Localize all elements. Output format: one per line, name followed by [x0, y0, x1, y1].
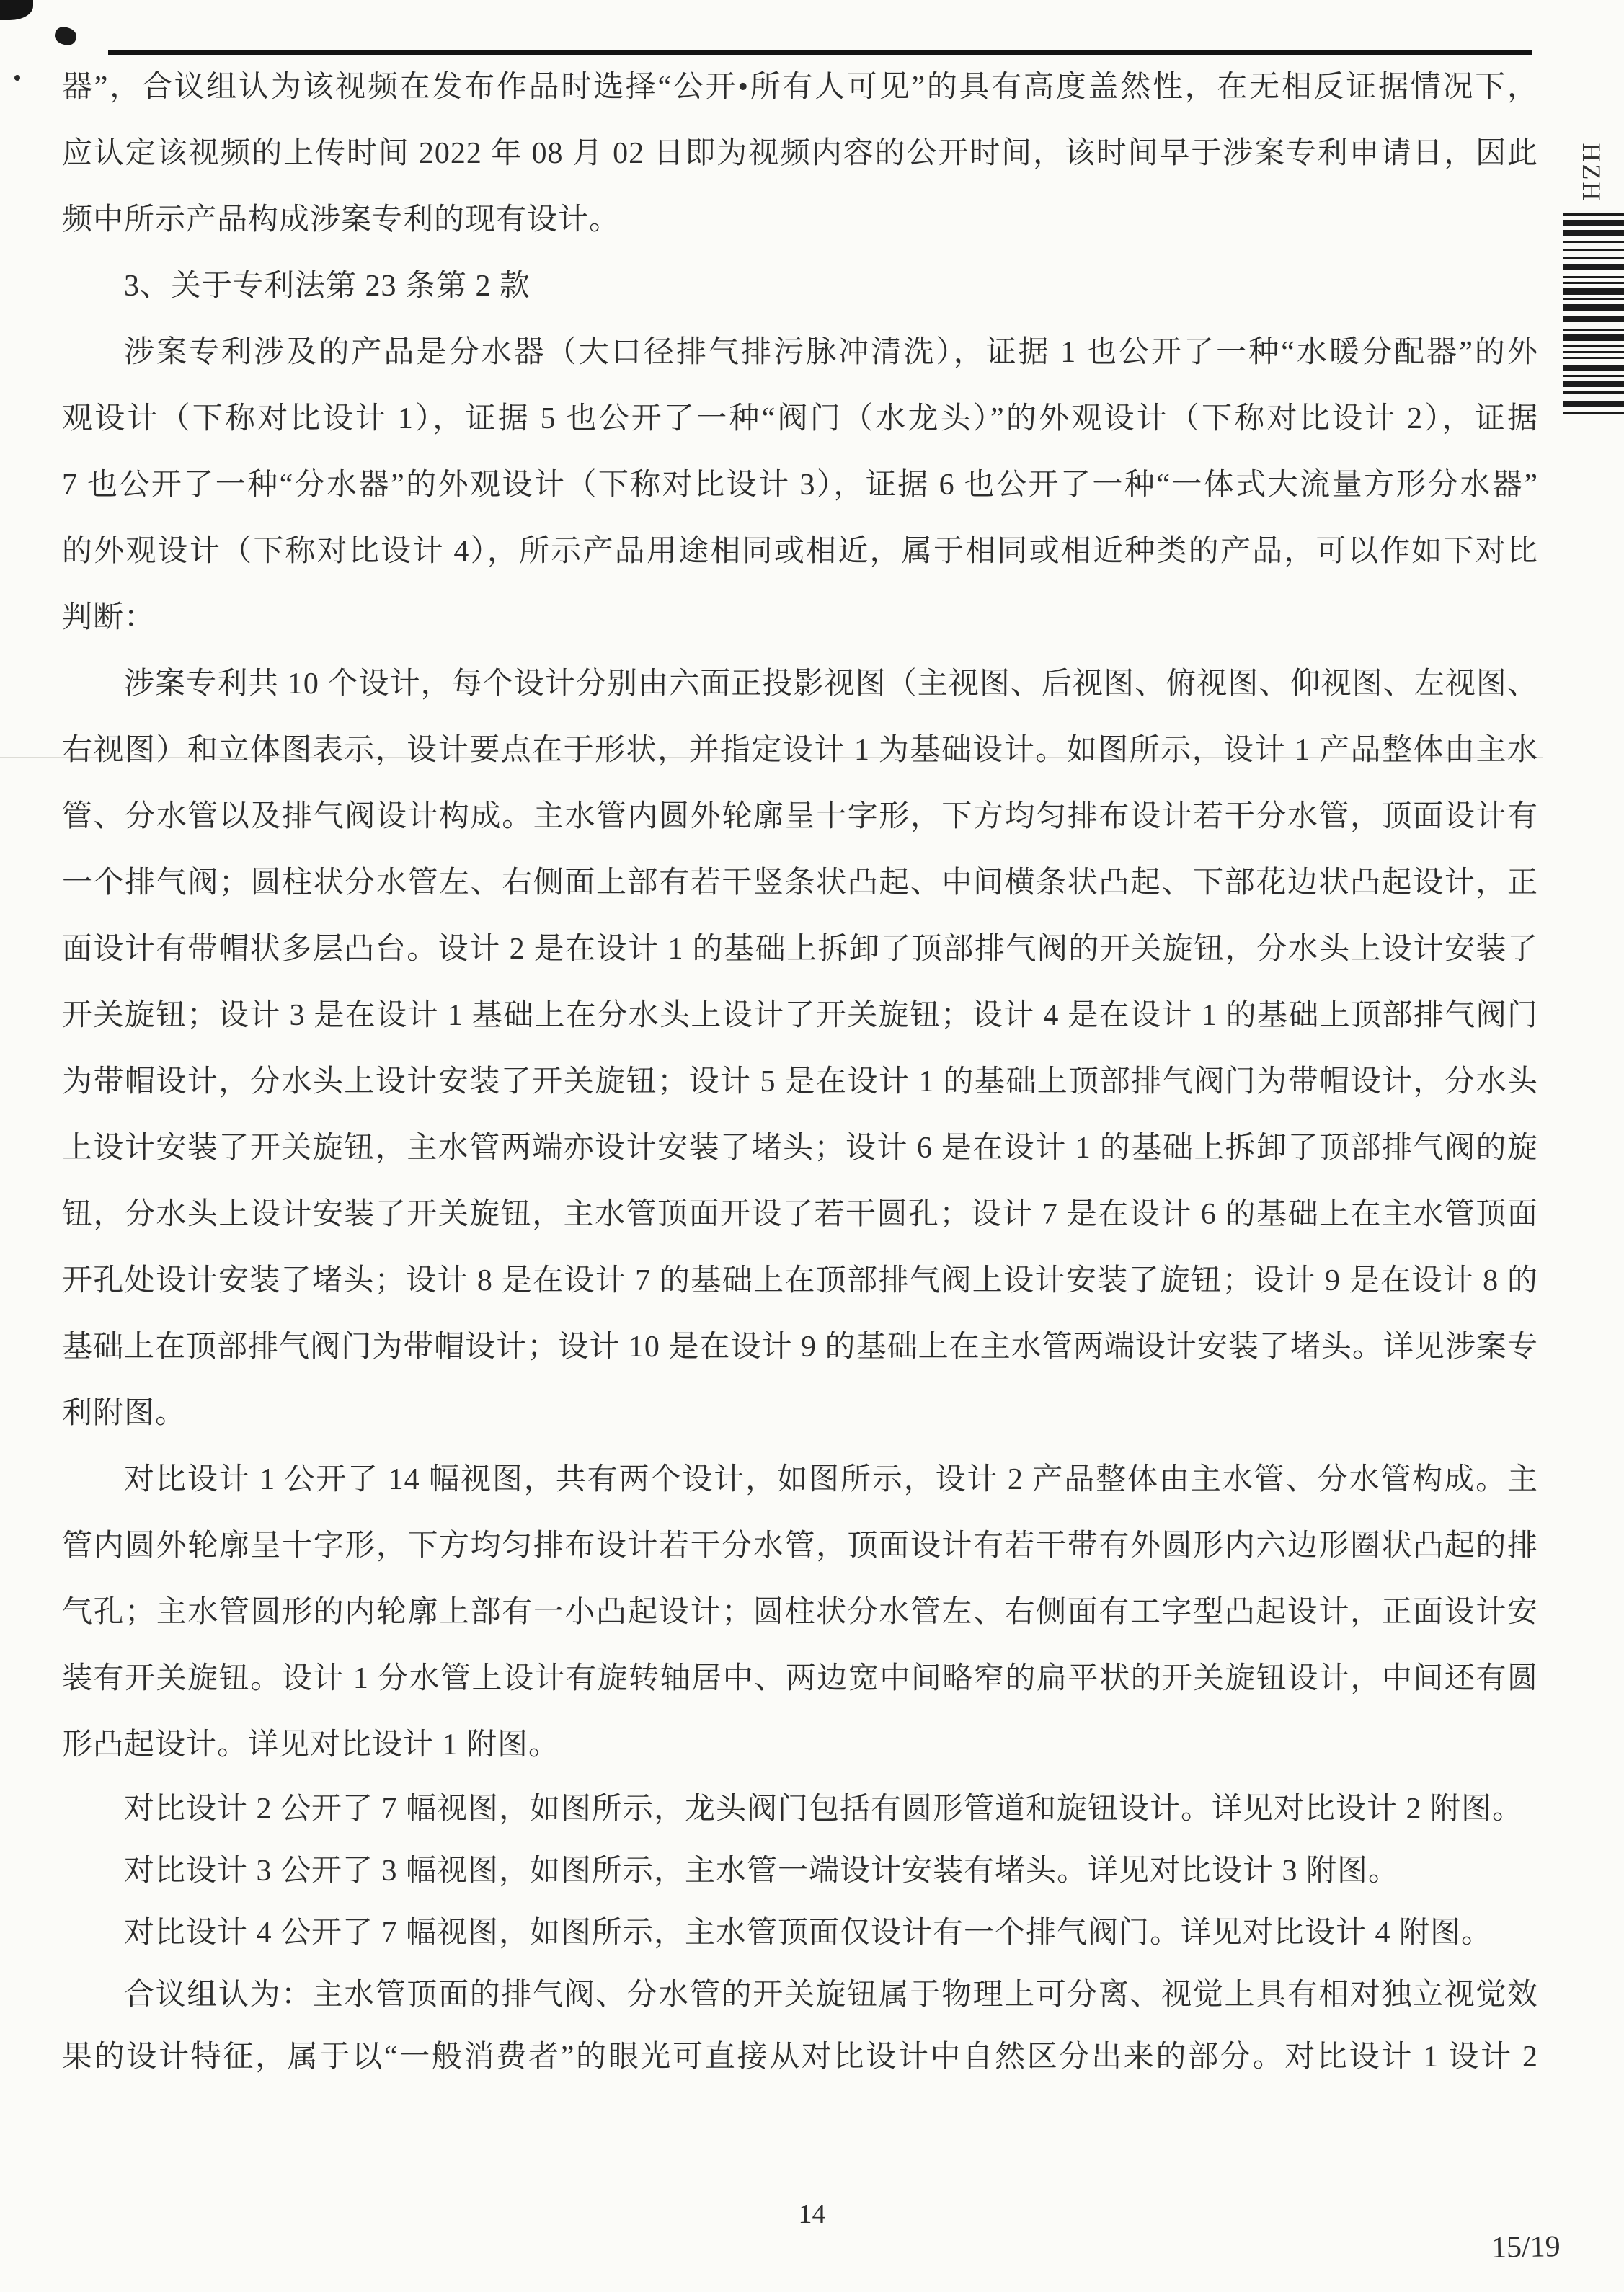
barcode-bar: [1563, 334, 1624, 341]
barcode-bar: [1563, 304, 1624, 311]
margin-label: HZH: [1579, 143, 1605, 203]
barcode-bar: [1563, 351, 1624, 353]
text-line: 形凸起设计。详见对比设计 1 附图。: [62, 1712, 1538, 1778]
text-line: 对比设计 1 公开了 14 幅视图，共有两个设计，如图所示，设计 2 产品整体由…: [62, 1447, 1538, 1513]
text-line: 应认定该视频的上传时间 2022 年 08 月 02 日即为视频内容的公开时间，…: [62, 120, 1538, 187]
text-line: 合议组认为：主水管顶面的排气阀、分水管的开关旋钮属于物理上可分离、视觉上具有相对…: [62, 1964, 1538, 2026]
text-line: 右视图）和立体图表示，设计要点在于形状，并指定设计 1 为基础设计。如图所示，设…: [62, 717, 1538, 783]
text-line: 装有开关旋钮。设计 1 分水管上设计有旋转轴居中、两边宽中间略窄的扁平状的开关旋…: [62, 1645, 1538, 1712]
barcode-bar: [1563, 241, 1624, 243]
text-line: 器”，合议组认为该视频在发布作品时选择“公开•所有人可见”的具有高度盖然性，在无…: [62, 54, 1538, 120]
barcode: [1563, 213, 1624, 414]
barcode-bar: [1563, 230, 1624, 236]
text-line: 面设计有带帽状多层凸台。设计 2 是在设计 1 的基础上拆卸了顶部排气阀的开关旋…: [62, 916, 1538, 982]
scan-dot-left-margin: [14, 75, 20, 81]
text-line: 的外观设计（下称对比设计 4），所示产品用途相同或相近，属于相同或相近种类的产品…: [62, 518, 1538, 585]
barcode-bar: [1563, 401, 1624, 407]
text-line: 观设计（下称对比设计 1），证据 5 也公开了一种“阀门（水龙头）”的外观设计（…: [62, 386, 1538, 452]
document-body: 器”，合议组认为该视频在发布作品时选择“公开•所有人可见”的具有高度盖然性，在无…: [62, 54, 1538, 2088]
text-line: 果的设计特征，属于以“一般消费者”的眼光可直接从对比设计中自然区分出来的部分。对…: [62, 2026, 1538, 2088]
text-line: 开关旋钮；设计 3 是在设计 1 基础上在分水头上设计了开关旋钮；设计 4 是在…: [62, 982, 1538, 1049]
barcode-bar: [1563, 357, 1624, 359]
barcode-bar: [1563, 391, 1624, 394]
barcode-bar: [1563, 412, 1624, 414]
text-line: 上设计安装了开关旋钮，主水管两端亦设计安装了堵头；设计 6 是在设计 1 的基础…: [62, 1115, 1538, 1181]
page-number: 14: [0, 2198, 1624, 2230]
section-heading: 3、关于专利法第 23 条第 2 款: [62, 253, 1538, 319]
scan-smudge-top-left-2: [53, 25, 79, 48]
barcode-bar: [1563, 329, 1624, 331]
text-line: 频中所示产品构成涉案专利的现有设计。: [62, 187, 1538, 253]
sheet-number: 15/19: [1491, 2229, 1561, 2265]
text-line: 一个排气阀；圆柱状分水管左、右侧面上部有若干竖条状凸起、中间横条状凸起、下部花边…: [62, 850, 1538, 916]
barcode-bar: [1563, 220, 1624, 226]
barcode-bar: [1563, 375, 1624, 377]
text-line: 开孔处设计安装了堵头；设计 8 是在设计 7 的基础上在顶部排气阀上设计安装了旋…: [62, 1248, 1538, 1314]
barcode-bar: [1563, 257, 1624, 259]
text-line: 基础上在顶部排气阀门为带帽设计；设计 10 是在设计 9 的基础上在主水管两端设…: [62, 1314, 1538, 1380]
barcode-bar: [1563, 316, 1624, 322]
text-line: 利附图。: [62, 1380, 1538, 1447]
barcode-bar: [1563, 345, 1624, 347]
text-line: 对比设计 4 公开了 7 幅视图，如图所示，主水管顶面仅设计有一个排气阀门。详见…: [62, 1902, 1538, 1964]
barcode-bar: [1563, 381, 1624, 387]
text-line: 7 也公开了一种“分水器”的外观设计（下称对比设计 3），证据 6 也公开了一种…: [62, 452, 1538, 518]
barcode-bar: [1563, 276, 1624, 278]
text-line: 管内圆外轮廓呈十字形，下方均匀排布设计若干分水管，顶面设计有若干带有外圆形内六边…: [62, 1513, 1538, 1579]
scan-smudge-top-left: [0, 0, 33, 20]
text-line: 涉案专利共 10 个设计，每个设计分别由六面正投影视图（主视图、后视图、俯视图、…: [62, 651, 1538, 717]
barcode-bar: [1563, 282, 1624, 284]
text-line: 钮，分水头上设计安装了开关旋钮，主水管顶面开设了若干圆孔；设计 7 是在设计 6…: [62, 1181, 1538, 1248]
text-line: 管、分水管以及排气阀设计构成。主水管内圆外轮廓呈十字形，下方均匀排布设计若干分水…: [62, 783, 1538, 850]
text-line: 对比设计 2 公开了 7 幅视图，如图所示，龙头阀门包括有圆形管道和旋钮设计。详…: [62, 1778, 1538, 1840]
text-line: 气孔；主水管圆形的内轮廓上部有一小凸起设计；圆柱状分水管左、右侧面有工字型凸起设…: [62, 1579, 1538, 1645]
text-line: 对比设计 3 公开了 3 幅视图，如图所示，主水管一端设计安装有堵头。详见对比设…: [62, 1840, 1538, 1902]
barcode-bar: [1563, 213, 1624, 216]
barcode-bar: [1563, 298, 1624, 300]
barcode-bar: [1563, 249, 1624, 251]
barcode-bar: [1563, 288, 1624, 295]
barcode-bar: [1563, 365, 1624, 371]
text-line: 涉案专利涉及的产品是分水器（大口径排气排污脉冲清洗），证据 1 也公开了一种“水…: [62, 319, 1538, 386]
text-line: 为带帽设计，分水头上设计安装了开关旋钮；设计 5 是在设计 1 的基础上顶部排气…: [62, 1049, 1538, 1115]
barcode-bar: [1563, 264, 1624, 270]
text-line: 判断：: [62, 585, 1538, 651]
